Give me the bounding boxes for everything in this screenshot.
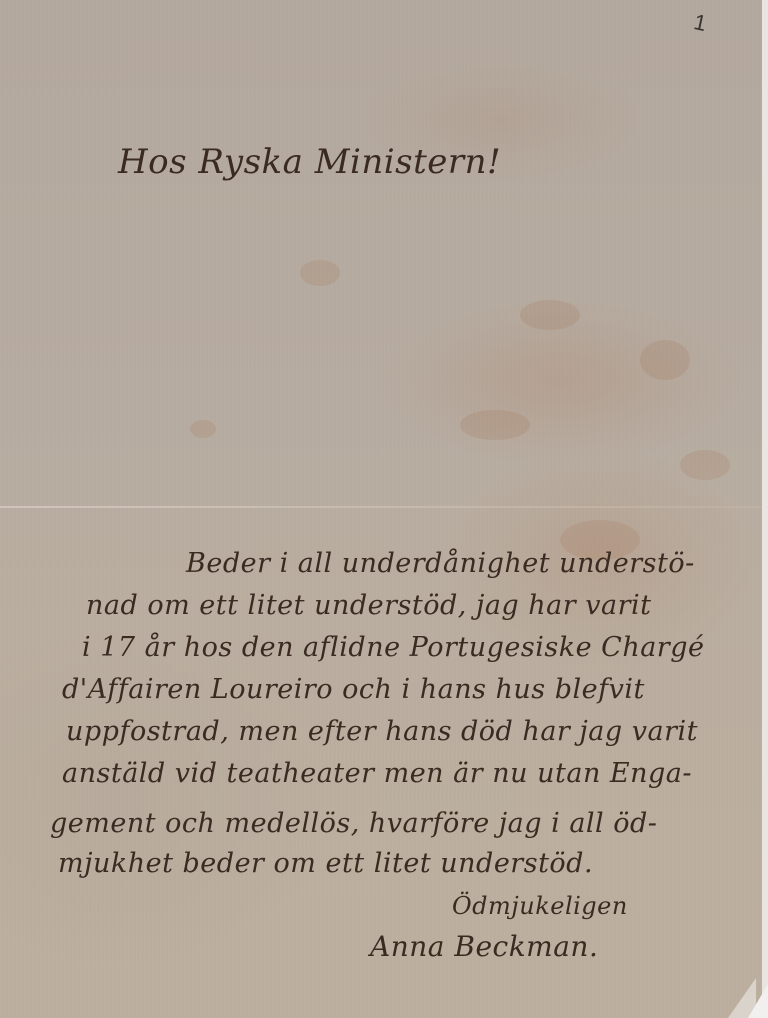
- body-line-7: gement och medellös, hvarföre jag i all …: [50, 808, 657, 839]
- closing: Ödmjukeligen: [452, 892, 628, 920]
- paper-stain: [640, 340, 690, 380]
- body-line-2: nad om ett litet understöd, jag har vari…: [86, 590, 652, 621]
- paper-stain: [520, 300, 580, 330]
- paper-stain: [300, 260, 340, 286]
- body-line-3: i 17 år hos den aflidne Portugesiske Cha…: [82, 632, 704, 663]
- signature: Anna Beckman.: [370, 930, 598, 963]
- fold-crease: [0, 506, 762, 508]
- body-line-5: uppfostrad, men efter hans död har jag v…: [66, 716, 698, 747]
- letter-page: 1 Hos Ryska Ministern! Beder i all under…: [0, 0, 762, 1018]
- page-number-mark: 1: [691, 9, 708, 37]
- body-line-4: d'Affairen Loureiro och i hans hus blefv…: [62, 674, 645, 705]
- paper-stain: [190, 420, 216, 438]
- salutation: Hos Ryska Ministern!: [118, 142, 501, 182]
- paper-stain: [680, 450, 730, 480]
- body-line-6: anstäld vid teatheater men är nu utan En…: [62, 758, 692, 789]
- body-line-1: Beder i all underdånighet understö-: [186, 548, 695, 579]
- paper-stain: [460, 410, 530, 440]
- body-line-8: mjukhet beder om ett litet understöd.: [58, 848, 593, 879]
- scan-margin: [762, 0, 768, 1018]
